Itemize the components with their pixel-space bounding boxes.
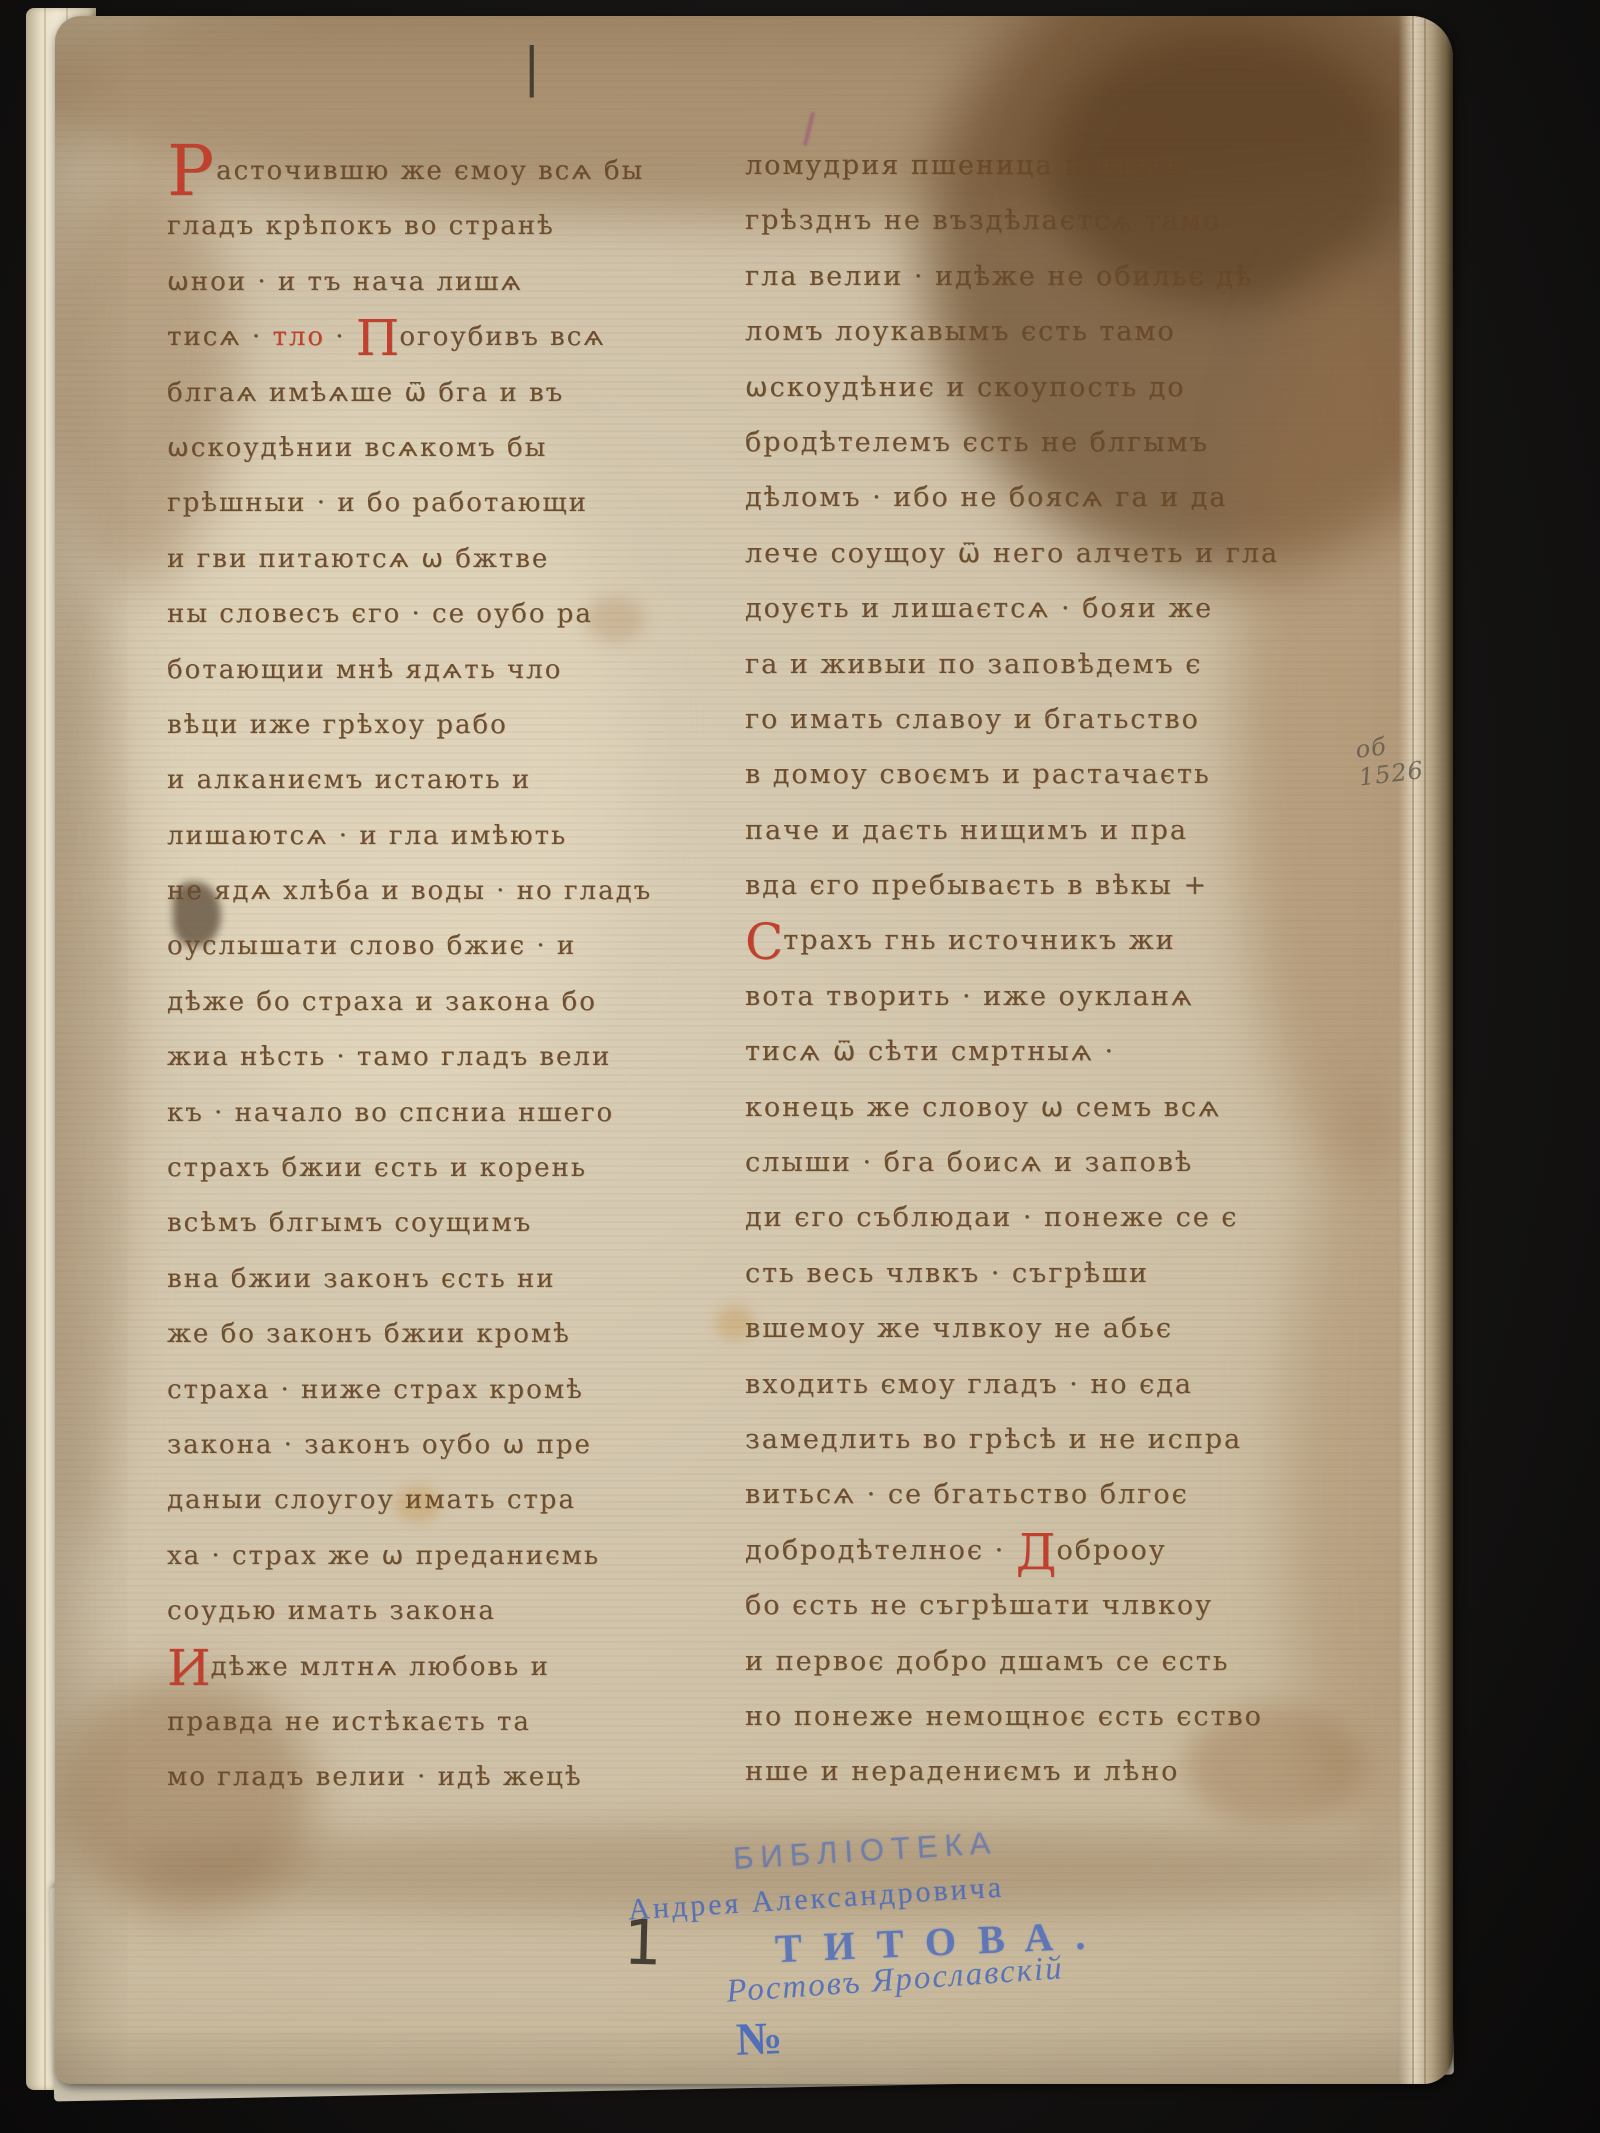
manuscript-text-line: ха · страх же ѡ преданиємь xyxy=(167,1541,727,1596)
ink-text: асточившю же ємоу всѧ бы xyxy=(216,156,644,186)
manuscript-text-line: Страхъ гнь источникъ жи xyxy=(745,925,1405,980)
manuscript-leaf: | об 1526 Расточившю же ємоу всѧ быгладъ… xyxy=(55,16,1453,2084)
manuscript-text-line: вота творить · иже оукланѧ xyxy=(745,981,1405,1036)
manuscript-text-line: же бо законъ бжии кромѣ xyxy=(167,1319,727,1374)
manuscript-text-line: лече соущоу ѿ него алчеть и гла xyxy=(745,538,1405,593)
ink-text: паче и даєть нищимъ и пра xyxy=(745,815,1188,846)
ink-text: витьсѧ · се бгатьство блгоє xyxy=(745,1479,1189,1510)
manuscript-text-line: страха · ниже страх кромѣ xyxy=(167,1375,727,1430)
ink-text: ди єго съблюдаи · понеже се є xyxy=(745,1202,1238,1233)
ink-text: входить ємоу гладъ · но єда xyxy=(745,1369,1193,1400)
ink-text: · xyxy=(325,322,356,352)
ink-text: доуєть и лишаєтсѧ · бояи же xyxy=(745,593,1213,624)
ink-text: ломудрия пшеница и чтоты xyxy=(745,150,1190,181)
ink-text: и гви питаютсѧ ѡ бжтве xyxy=(167,544,549,574)
rubric-text: И xyxy=(167,1639,211,1697)
manuscript-text-line: тисѧ ѿ сѣти смртныѧ · xyxy=(745,1036,1405,1091)
manuscript-text-line: вѣци иже грѣхоу рабо xyxy=(167,710,727,765)
ink-text: гла велии · идѣже не обильє дѣ xyxy=(745,261,1253,292)
ink-text: ха · страх же ѡ преданиємь xyxy=(167,1541,600,1571)
manuscript-text-line: витьсѧ · се бгатьство блгоє xyxy=(745,1479,1405,1534)
ink-text: оброоу xyxy=(1056,1535,1166,1566)
manuscript-text-line: оуслышати слово бжиє · и xyxy=(167,931,727,986)
ink-text: блгаѧ имѣѧше ѿ бга и въ xyxy=(167,378,564,408)
ink-text: бо єсть не съгрѣшати члвкоу xyxy=(745,1590,1213,1621)
manuscript-text-line: соудью имать закона xyxy=(167,1596,727,1651)
manuscript-text-line: ѡскоудѣнии всѧкомъ бы xyxy=(167,433,727,488)
ink-text: вшемоу же члвкоу не абьє xyxy=(745,1313,1173,1344)
ink-text: ѡскоудѣнии всѧкомъ бы xyxy=(167,433,547,463)
ink-text: къ · начало во спсниа ншего xyxy=(167,1098,614,1128)
ink-text: но понеже немощноє єсть єство xyxy=(745,1701,1263,1732)
manuscript-text-line: замедлить во грѣсѣ и не испра xyxy=(745,1424,1405,1479)
ink-text: страхъ бжии єсть и корень xyxy=(167,1153,587,1183)
manuscript-text-line: лишаютсѧ · и гла имѣють xyxy=(167,821,727,876)
rubric-text: тло xyxy=(272,322,325,352)
ink-text: вда єго пребываєть в вѣкы + xyxy=(745,870,1208,901)
manuscript-text-line: вшемоу же члвкоу не абьє xyxy=(745,1313,1405,1368)
rubric-text: Р xyxy=(167,130,214,212)
ink-text: вота творить · иже оукланѧ xyxy=(745,981,1194,1012)
ink-text: же бо законъ бжии кромѣ xyxy=(167,1319,571,1349)
manuscript-text-line: слыши · бга боисѧ и заповѣ xyxy=(745,1147,1405,1202)
manuscript-text-line: ѡскоудѣниє и скоупость до xyxy=(745,372,1405,427)
ink-text: вѣци иже грѣхоу рабо xyxy=(167,710,508,740)
manuscript-text-line: добродѣтелноє · Доброоу xyxy=(745,1535,1405,1590)
manuscript-text-line: ѡнои · и тъ нача лишѧ xyxy=(167,267,727,322)
rubric-text: Д xyxy=(1016,1523,1057,1581)
top-folio-mark: | xyxy=(523,38,541,98)
manuscript-text-line: не ядѧ хлѣба и воды · но гладъ xyxy=(167,876,727,931)
manuscript-text-line: ломъ лоукавымъ єсть тамо xyxy=(745,316,1405,371)
ink-text: бродѣтелемъ єсть не блгымъ xyxy=(745,427,1209,458)
right-text-column: ломудрия пшеница и чтотыгрѣзднъ не въздѣ… xyxy=(745,150,1405,1812)
ink-text: добродѣтелноє · xyxy=(745,1535,1016,1566)
ink-text: слыши · бга боисѧ и заповѣ xyxy=(745,1147,1193,1178)
ink-text: грѣзднъ не въздѣлаєтсѧ тамо xyxy=(745,205,1221,236)
ink-text: замедлить во грѣсѣ и не испра xyxy=(745,1424,1242,1455)
manuscript-text-line: га и живыи по заповѣдемъ є xyxy=(745,649,1405,704)
ink-text: вна бжии законъ єсть ни xyxy=(167,1264,556,1294)
ink-text: правда не истѣкаєть та xyxy=(167,1707,531,1737)
manuscript-text-line: нше и нерадениємъ и лѣно xyxy=(745,1756,1405,1811)
manuscript-text-line: къ · начало во спсниа ншего xyxy=(167,1098,727,1153)
edge-fold-line xyxy=(1424,16,1426,2084)
ink-text: нше и нерадениємъ и лѣно xyxy=(745,1756,1179,1787)
ink-text: сть весь члвкъ · съгрѣши xyxy=(745,1258,1149,1289)
manuscript-text-line: дѣломъ · ибо не боясѧ га и да xyxy=(745,482,1405,537)
manuscript-text-line: доуєть и лишаєтсѧ · бояи же xyxy=(745,593,1405,648)
manuscript-text-line: но понеже немощноє єсть єство xyxy=(745,1701,1405,1756)
manuscript-text-line: даныи слоугоу имать стра xyxy=(167,1485,727,1540)
manuscript-text-line: ботающии мнѣ ядѧть чло xyxy=(167,655,727,710)
manuscript-text-line: и гви питаютсѧ ѡ бжтве xyxy=(167,544,727,599)
manuscript-text-line: вда єго пребываєть в вѣкы + xyxy=(745,870,1405,925)
ink-text: даныи слоугоу имать стра xyxy=(167,1485,576,1515)
manuscript-text-line: в домоу своємъ и растачаєть xyxy=(745,759,1405,814)
ink-text: не ядѧ хлѣба и воды · но гладъ xyxy=(167,876,652,906)
ink-text: оуслышати слово бжиє · и xyxy=(167,931,576,961)
manuscript-text-line: сть весь члвкъ · съгрѣши xyxy=(745,1258,1405,1313)
manuscript-text-line: входить ємоу гладъ · но єда xyxy=(745,1369,1405,1424)
manuscript-text-line: дѣже бо страха и закона бо xyxy=(167,987,727,1042)
ink-smudge xyxy=(803,112,815,146)
manuscript-text-line: и алканиємъ истають и xyxy=(167,765,727,820)
manuscript-text-line: всѣмъ блгымъ соущимъ xyxy=(167,1208,727,1263)
ink-text: грѣшныи · и бо работающи xyxy=(167,488,588,518)
manuscript-text-line: паче и даєть нищимъ и пра xyxy=(745,815,1405,870)
ink-text: мо гладъ велии · идѣ жецѣ xyxy=(167,1762,583,1792)
manuscript-text-line: мо гладъ велии · идѣ жецѣ xyxy=(167,1762,727,1817)
manuscript-text-line: Расточившю же ємоу всѧ бы xyxy=(167,156,727,211)
ink-text: трахъ гнь источникъ жи xyxy=(783,925,1175,956)
manuscript-text-line: вна бжии законъ єсть ни xyxy=(167,1264,727,1319)
manuscript-text-line: ломудрия пшеница и чтоты xyxy=(745,150,1405,205)
ink-text: соудью имать закона xyxy=(167,1596,496,1626)
manuscript-text-line: гладъ крѣпокъ во странѣ xyxy=(167,211,727,266)
library-stamp-number-sign: № xyxy=(735,2011,783,2066)
ink-text: ѡскоудѣниє и скоупость до xyxy=(745,372,1186,403)
ink-text: конець же словоу ѡ семъ всѧ xyxy=(745,1092,1221,1123)
ink-text: ны словесъ єго · се оубо ра xyxy=(167,599,593,629)
ink-text: тисѧ ѿ сѣти смртныѧ · xyxy=(745,1036,1115,1067)
ink-text: всѣмъ блгымъ соущимъ xyxy=(167,1208,532,1238)
ink-text: и первоє добро дшамъ се єсть xyxy=(745,1646,1229,1677)
manuscript-photo: { "colors": { "background": "#121110", "… xyxy=(0,0,1600,2133)
ink-text: огоубивъ всѧ xyxy=(399,322,605,352)
manuscript-text-line: ди єго съблюдаи · понеже се є xyxy=(745,1202,1405,1257)
ink-text: лече соущоу ѿ него алчеть и гла xyxy=(745,538,1279,569)
ink-text: га и живыи по заповѣдемъ є xyxy=(745,649,1202,680)
ink-text: дѣже бо страха и закона бо xyxy=(167,987,597,1017)
manuscript-text-line: и первоє добро дшамъ се єсть xyxy=(745,1646,1405,1701)
ink-text: дѣже млтнѧ любовь и xyxy=(211,1652,550,1682)
left-text-column: Расточившю же ємоу всѧ быгладъ крѣпокъ в… xyxy=(167,156,727,1818)
manuscript-text-line: блгаѧ имѣѧше ѿ бга и въ xyxy=(167,378,727,433)
ink-text: лишаютсѧ · и гла имѣють xyxy=(167,821,567,851)
ink-text: ломъ лоукавымъ єсть тамо xyxy=(745,316,1176,347)
ink-text: ѡнои · и тъ нача лишѧ xyxy=(167,267,523,297)
manuscript-text-line: бо єсть не съгрѣшати члвкоу xyxy=(745,1590,1405,1645)
manuscript-text-line: го имать славоу и бгатьство xyxy=(745,704,1405,759)
manuscript-text-line: грѣшныи · и бо работающи xyxy=(167,488,727,543)
manuscript-text-line: грѣзднъ не въздѣлаєтсѧ тамо xyxy=(745,205,1405,260)
manuscript-text-line: конець же словоу ѡ семъ всѧ xyxy=(745,1092,1405,1147)
ink-text: в домоу своємъ и растачаєть xyxy=(745,759,1211,790)
ink-text: и алканиємъ истають и xyxy=(167,765,531,795)
ink-text: гладъ крѣпокъ во странѣ xyxy=(167,211,555,241)
manuscript-text-line: Идѣже млтнѧ любовь и xyxy=(167,1652,727,1707)
stain-left-edge xyxy=(55,576,135,1556)
leaf-right-edge xyxy=(1398,16,1453,2084)
manuscript-text-line: закона · законъ оубо ѡ пре xyxy=(167,1430,727,1485)
ink-text: закона · законъ оубо ѡ пре xyxy=(167,1430,592,1460)
manuscript-text-line: тисѧ · тло · Погоубивъ всѧ xyxy=(167,322,727,377)
ink-text: жиа нѣсть · тамо гладъ вели xyxy=(167,1042,611,1072)
rubric-text: П xyxy=(356,309,400,367)
manuscript-text-line: бродѣтелемъ єсть не блгымъ xyxy=(745,427,1405,482)
rubric-text: С xyxy=(745,913,783,971)
ink-text: тисѧ · xyxy=(167,322,272,352)
ink-text: страха · ниже страх кромѣ xyxy=(167,1375,584,1405)
ink-text: го имать славоу и бгатьство xyxy=(745,704,1200,735)
manuscript-text-line: страхъ бжии єсть и корень xyxy=(167,1153,727,1208)
ink-text: ботающии мнѣ ядѧть чло xyxy=(167,655,562,685)
page-edge-crease xyxy=(44,8,46,2090)
manuscript-text-line: ны словесъ єго · се оубо ра xyxy=(167,599,727,654)
manuscript-text-line: жиа нѣсть · тамо гладъ вели xyxy=(167,1042,727,1097)
manuscript-text-line: правда не истѣкаєть та xyxy=(167,1707,727,1762)
ink-text: дѣломъ · ибо не боясѧ га и да xyxy=(745,482,1227,513)
edge-fold-line xyxy=(1412,16,1414,2084)
manuscript-text-line: гла велии · идѣже не обильє дѣ xyxy=(745,261,1405,316)
